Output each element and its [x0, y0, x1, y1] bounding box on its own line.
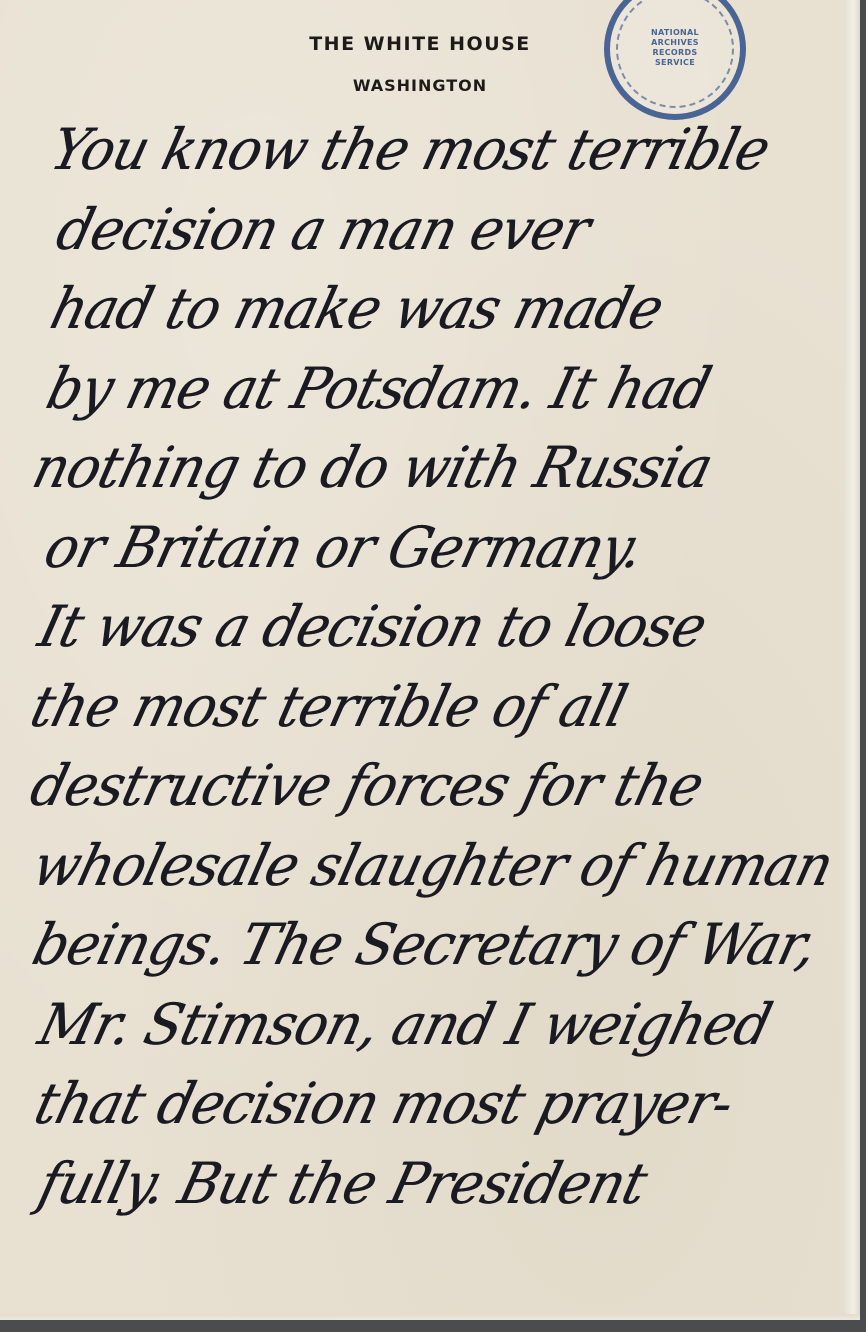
- letterhead: THE WHITE HOUSE WASHINGTON: [250, 30, 590, 95]
- letterhead-title: THE WHITE HOUSE: [250, 30, 590, 58]
- page-edge-right: [844, 0, 860, 1322]
- letter-page: THE WHITE HOUSE WASHINGTON NATIONAL ARCH…: [0, 0, 860, 1322]
- handwritten-line: You know the most terrible: [22, 108, 866, 191]
- handwritten-line: by me at Potsdam. It had: [22, 347, 866, 430]
- stamp-line: ARCHIVES: [638, 38, 712, 48]
- stamp-line: RECORDS: [638, 48, 712, 58]
- stamp-line: SERVICE: [638, 58, 712, 68]
- handwritten-body: You know the most terrible decision a ma…: [22, 112, 852, 1225]
- handwritten-line: It was a decision to loose: [22, 585, 866, 668]
- handwritten-line: wholesale slaughter of human: [22, 824, 866, 907]
- handwritten-line: that decision most prayer-: [22, 1062, 866, 1145]
- handwritten-line: destructive forces for the: [22, 744, 866, 827]
- handwritten-line: decision a man ever: [22, 188, 866, 271]
- archive-stamp-icon: NATIONAL ARCHIVES RECORDS SERVICE: [604, 0, 746, 120]
- handwritten-line: fully. But the President: [22, 1142, 866, 1225]
- handwritten-line: Mr. Stimson, and I weighed: [22, 983, 866, 1066]
- handwritten-line: nothing to do with Russia: [22, 426, 866, 509]
- handwritten-line: the most terrible of all: [22, 665, 866, 748]
- letterhead-city: WASHINGTON: [250, 76, 590, 95]
- background-strip: [0, 1320, 866, 1332]
- handwritten-line: had to make was made: [22, 267, 866, 350]
- handwritten-line: beings. The Secretary of War,: [22, 903, 866, 986]
- handwritten-line: or Britain or Germany.: [22, 506, 866, 589]
- stamp-line: NATIONAL: [638, 28, 712, 38]
- stamp-inner-text: NATIONAL ARCHIVES RECORDS SERVICE: [638, 28, 712, 68]
